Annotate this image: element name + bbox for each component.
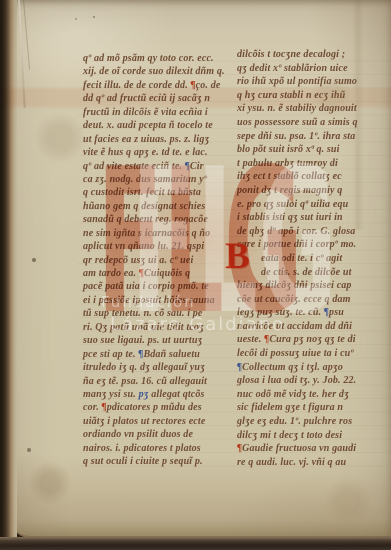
line-text: q hʒ cura stabli n ecʒ ihũ — [237, 90, 345, 101]
manuscript-line: xij. de oĩ corde suo dilexit dñm q. — [83, 65, 236, 78]
manuscript-line: q sut oculi i ciuite p sequĩ p. — [83, 455, 236, 468]
manuscript-line: qº ad vite estate eciñ te. ¶Cir — [83, 160, 236, 173]
manuscript-line: xi ysu. n. ẽ stabiliy dagnouit — [237, 102, 389, 116]
line-text: Cura pʒ noʒ qʒ te di — [269, 334, 355, 345]
manuscript-line: ei i passiõe iposuit hõies sauna — [83, 294, 236, 307]
manuscript-line: cõe ut caucõiʒ. ecce q dam — [237, 293, 389, 307]
manuscript-line: ut facies ea z uiuas. ps. z. ligʒ — [83, 133, 236, 146]
manuscript-line: glosa i lua odi tʒ. y. Job. 22. — [237, 374, 389, 388]
manuscript-line: ña eʒ tẽ. psa. 16. cũ allegauit — [83, 375, 236, 388]
line-text: ca zʒ. nodg. dus samaritan yº — [83, 174, 207, 185]
line-text: ri. Qʒ patũ unã uie tidit tcoʒ — [83, 322, 204, 333]
manuscript-line: qʒ dedit xº stablãrion uice — [237, 62, 389, 76]
manuscript-line: lecõi di possuʒ uiue ta i cuº — [237, 347, 389, 361]
manuscript-line: narricõe ut accidam dd dñi — [237, 320, 389, 334]
manuscript-line: ri. Qʒ patũ unã uie tidit tcoʒ — [83, 321, 236, 334]
manuscript-line: cor. ¶pdicatores p mũdu des — [83, 401, 236, 414]
line-text: uiãtʒ i platos ut rectores ecte — [83, 416, 205, 427]
line-text: nuc odõ mẽ vidʒ te. her dʒ — [237, 389, 349, 400]
line-text: qʒ dedit xº stablãrion uice — [237, 63, 348, 74]
manuscript-line: sepe dñi su. psa. 1º. ihra sta — [237, 130, 389, 144]
manuscript-line: rio ihũ xpõ ul pontifia sumo — [237, 75, 389, 89]
manuscript-line: ne sim igñta s icarnacõis q ño — [83, 227, 236, 240]
line-text: fecit illu. de de corde dd. — [83, 80, 191, 91]
manuscript-line: dilcʒ mi t decʒ t toto desi — [237, 429, 389, 443]
ink-specks — [0, 0, 2, 2]
line-text: ei i passiõe iposuit hõies sauna — [83, 295, 215, 306]
line-text: blo põt suit isrõ xª q. sui — [237, 144, 340, 155]
line-text: ut facies ea z uiuas. ps. z. ligʒ — [83, 134, 209, 145]
line-text: e. pro qʒ suloi qª uilia equ — [237, 199, 348, 210]
manuscript-line: aplicut vn qñano lu. 21. qspi — [83, 240, 236, 253]
line-text: manʒ ysi su. — [83, 389, 139, 400]
line-text: tũ sup tenetu. n. cõ sau. i pe — [83, 308, 203, 319]
line-text: ihʒ ect t stablõ collatʒ ec — [237, 171, 342, 182]
manuscript-line: tũ sup tenetu. n. cõ sau. i pe — [83, 307, 236, 320]
line-text: itruledo iʒ q. dʒ allegauĩ yuʒ — [83, 362, 205, 373]
manuscript-line: hiemʒ dilcõʒ dñi psisei cap — [237, 279, 389, 293]
line-text: eata odi te. i cº agit — [261, 253, 342, 264]
manuscript-line: fructũ in dilcõis ẽ vita ecñia i — [83, 106, 236, 119]
line-text: fructũ in dilcõis ẽ vita ecñia i — [83, 107, 208, 118]
book-spine-edge — [0, 0, 17, 550]
line-text: cõe ut caucõiʒ. ecce q dam — [237, 294, 351, 305]
line-text: psu — [329, 307, 344, 318]
manuscript-line: fecit illu. de de corde dd. ¶ço. de — [83, 79, 236, 92]
line-text: qr redepcõ usʒ ui a. cº uei — [83, 255, 193, 266]
line-text: ueste. — [237, 334, 264, 345]
manuscript-line: ca zʒ. nodg. dus samaritan yº — [83, 173, 236, 186]
manuscript-line: nairos. i. pdicatores t platos — [83, 442, 236, 455]
manuscript-line: blo põt suit isrõ xª q. sui — [237, 143, 389, 157]
line-text: allegat qtcõs — [149, 389, 205, 400]
line-text: sanadũ q debent reg. rogacõe — [83, 214, 208, 225]
line-text: Bdañ saluetu — [143, 349, 200, 360]
line-text: nairos. i. pdicatores t platos — [83, 443, 201, 454]
manuscript-line: e. pro qʒ suloi qª uilia equ — [237, 198, 389, 212]
line-text: hũano gem q designat schies — [83, 201, 205, 212]
manuscript-line: suo sue ligaui. ps. ut uurtuʒ — [83, 334, 236, 347]
line-text: pce sti ap te. — [83, 349, 138, 360]
line-text: pdicatores p mũdu des — [107, 402, 202, 413]
manuscript-line: itruledo iʒ q. dʒ allegauĩ yuʒ — [83, 361, 236, 374]
line-text: glʒe eʒ edu. 1º. pulchre ros — [237, 416, 352, 427]
line-text: sepe dñi su. psa. 1º. ihra sta — [237, 131, 355, 142]
line-text: qº ad vite estate eciñ te. — [83, 161, 185, 172]
line-text: de qbʒ dº apõ i cor. G. glosa — [237, 226, 355, 237]
line-text: Collectum qʒ i tʒl. apʒo — [242, 362, 343, 373]
manuscript-line: manʒ ysi su. pʒ allegat qtcõs — [83, 388, 236, 401]
line-text: de ctis. s. de dilcõe ut — [261, 267, 352, 278]
manuscript-line: hũano gem q designat schies — [83, 200, 236, 213]
line-text: ponit dʒ t regis magniy q — [237, 185, 342, 196]
line-text: xij. de oĩ corde suo dilexit dñm q. — [83, 66, 225, 77]
line-text: uos possessore suũ a simis q — [237, 117, 358, 128]
line-text: suo sue ligaui. ps. ut uurtuʒ — [83, 335, 202, 346]
line-text: t pabulu arbʒ tumroy di — [237, 158, 338, 169]
line-text: deut. x. audi pcepta ñ tocelo te — [83, 120, 213, 131]
line-text: lecõi di possuʒ uiue ta i cuº — [237, 348, 354, 359]
blue-paraph-mark: pʒ — [139, 389, 149, 400]
manuscript-line: ¶Collectum qʒ i tʒl. apʒo — [237, 361, 389, 375]
line-text: care i portue dñi i corpº mo. — [237, 239, 356, 250]
manuscript-line: ¶Gaudie fructuosa vn gaudi — [237, 442, 389, 456]
manuscript-line: deut. x. audi pcepta ñ tocelo te — [83, 119, 236, 132]
manuscript-line: q hʒ cura stabli n ecʒ ihũ — [237, 89, 389, 103]
line-text: hiemʒ dilcõʒ dñi psisei cap — [237, 280, 352, 291]
line-text: Cuiquõis q — [144, 268, 190, 279]
manuscript-line: i stablis isti qʒ sut iuri in — [237, 211, 389, 225]
manuscript-line: ueste. ¶Cura pʒ noʒ qʒ te di — [237, 333, 389, 347]
line-text: ordiando vn psilit duos de — [83, 429, 193, 440]
illuminated-initial-b: B — [225, 241, 250, 273]
line-text: Cir — [190, 161, 204, 172]
line-text: vite ẽ hus q apʒ e. td te. e lac. — [83, 147, 208, 158]
manuscript-line: dilcõis t tocʒne decalogi ; — [237, 48, 389, 62]
line-text: ña eʒ tẽ. psa. 16. cũ allegauit — [83, 376, 207, 387]
line-text: sic fidelem gʒe t figura n — [237, 402, 343, 413]
line-text: legʒ puʒ suʒ. te. cũ. — [237, 307, 324, 318]
column-right: dilcõis t tocʒne decalogi ;qʒ dedit xº s… — [237, 48, 389, 469]
manuscript-line: nuc odõ mẽ vidʒ te. her dʒ — [237, 388, 389, 402]
manuscript-line: pce sti ap te. ¶Bdañ saluetu — [83, 348, 236, 361]
manuscript-line: legʒ puʒ suʒ. te. cũ. ¶psu — [237, 306, 389, 320]
line-text: pacẽ patã uia i corpio pmõ. te — [83, 281, 209, 292]
manuscript-line: qr redepcõ usʒ ui a. cº uei — [83, 254, 236, 267]
manuscript-line: sic fidelem gʒe t figura n — [237, 401, 389, 415]
manuscript-line: uos possessore suũ a simis q — [237, 116, 389, 130]
manuscript-line: t pabulu arbʒ tumroy di — [237, 157, 389, 171]
manuscript-line: qº ad mõ psãm qy toto cor. ecc. — [83, 52, 236, 65]
manuscript-line: de qbʒ dº apõ i cor. G. glosa — [237, 225, 389, 239]
manuscript-line: am tardo ea. ¶Cuiquõis q — [83, 267, 236, 280]
line-text: cor. — [83, 402, 102, 413]
line-text: q custodit isrt. fecit ta bñsta — [83, 187, 201, 198]
manuscript-line: pacẽ patã uia i corpio pmõ. te — [83, 280, 236, 293]
column-left: qº ad mõ psãm qy toto cor. ecc.xij. de o… — [83, 52, 236, 469]
line-text: ne sim igñta s icarnacõis q ño — [83, 228, 210, 239]
manuscript-line: dd qº ad fructũ eciũ ij sacãʒ n — [83, 92, 236, 105]
line-text: ço. de — [196, 80, 221, 91]
line-text: dd qº ad fructũ eciũ ij sacãʒ n — [83, 93, 210, 104]
manuscript-line: q custodit isrt. fecit ta bñsta — [83, 186, 236, 199]
manuscript-photo: qº ad mõ psãm qy toto cor. ecc.xij. de o… — [0, 0, 391, 550]
line-text: dilcʒ mi t decʒ t toto desi — [237, 430, 342, 441]
line-text: re q audi. luc. vj. vñi q au — [237, 457, 346, 468]
line-text: rio ihũ xpõ ul pontifia sumo — [237, 76, 357, 87]
line-text: glosa i lua odi tʒ. y. Job. 22. — [237, 375, 356, 386]
line-text: qº ad mõ psãm qy toto cor. ecc. — [83, 53, 214, 64]
line-text: aplicut vn qñano lu. 21. qspi — [83, 241, 204, 252]
manuscript-line: care i portue dñi i corpº mo. — [237, 238, 389, 252]
manuscript-line: re q audi. luc. vj. vñi q au — [237, 456, 389, 470]
manuscript-line: vite ẽ hus q apʒ e. td te. e lac. — [83, 146, 236, 159]
manuscript-line: ordiando vn psilit duos de — [83, 428, 236, 441]
manuscript-line: eata odi te. i cº agit — [237, 252, 389, 266]
line-text: dilcõis t tocʒne decalogi ; — [237, 49, 345, 60]
manuscript-line: de ctis. s. de dilcõe ut — [237, 266, 389, 280]
manuscript-line: sanadũ q debent reg. rogacõe — [83, 213, 236, 226]
line-text: i stablis isti qʒ sut iuri in — [237, 212, 343, 223]
line-text: am tardo ea. — [83, 268, 139, 279]
line-text: q sut oculi i ciuite p sequĩ p. — [83, 456, 203, 467]
manuscript-line: glʒe eʒ edu. 1º. pulchre ros — [237, 415, 389, 429]
line-text: xi ysu. n. ẽ stabiliy dagnouit — [237, 103, 357, 114]
manuscript-line: uiãtʒ i platos ut rectores ecte — [83, 415, 236, 428]
manuscript-line: ihʒ ect t stablõ collatʒ ec — [237, 170, 389, 184]
book-bottom-edge — [0, 537, 391, 550]
line-text: narricõe ut accidam dd dñi — [237, 321, 352, 332]
line-text: Gaudie fructuosa vn gaudi — [242, 443, 356, 454]
manuscript-line: ponit dʒ t regis magniy q — [237, 184, 389, 198]
